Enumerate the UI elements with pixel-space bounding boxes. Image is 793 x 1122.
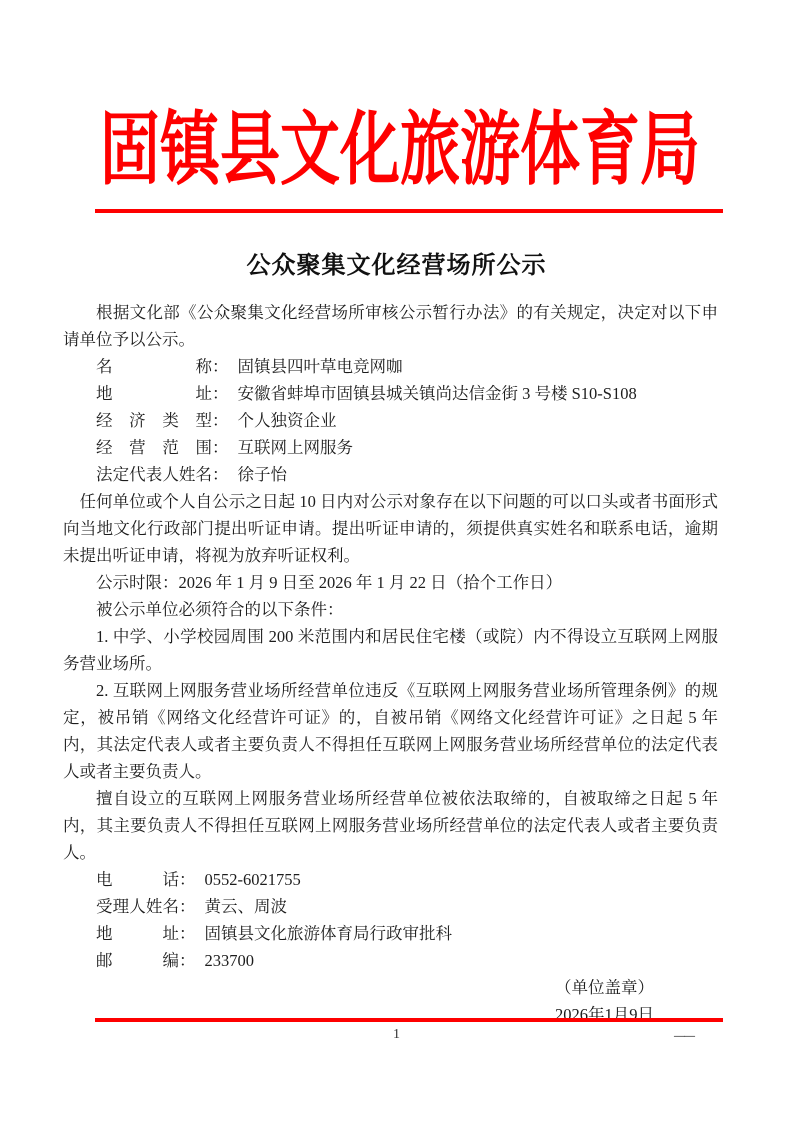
field-value: 固镇县文化旅游体育局行政审批科 xyxy=(205,924,453,943)
margin-dash-mark: —— xyxy=(674,1030,694,1042)
field-label: 名称 xyxy=(96,353,212,380)
field-row-applicant-name: 名称：固镇县四叶草电竞网咖 xyxy=(63,353,718,380)
field-label: 经济类型 xyxy=(96,407,212,434)
paragraph-intro: 根据文化部《公众聚集文化经营场所审核公示暂行办法》的有关规定，决定对以下申请单位… xyxy=(63,299,718,353)
field-value: 固镇县四叶草电竞网咖 xyxy=(238,357,403,376)
field-colon: ： xyxy=(212,357,229,376)
signature-stamp-line: （单位盖章） xyxy=(63,974,654,1001)
paragraph-condition-2: 2. 互联网上网服务营业场所经营单位违反《互联网上网服务营业场所管理条例》的规定… xyxy=(63,677,718,785)
field-value: 黄云、周波 xyxy=(205,897,288,916)
document-title: 公众聚集文化经营场所公示 xyxy=(0,249,793,283)
field-label: 法定代表人姓名 xyxy=(96,461,212,488)
field-value: 互联网上网服务 xyxy=(238,438,354,457)
field-row-postal-code: 邮编：233700 xyxy=(63,947,718,974)
field-row-applicant-address: 地址：安徽省蚌埠市固镇县城关镇尚达信金街 3 号楼 S10-S108 xyxy=(63,380,718,407)
field-value: 徐子怡 xyxy=(238,465,288,484)
field-row-legal-representative: 法定代表人姓名：徐子怡 xyxy=(63,461,718,488)
field-colon: ： xyxy=(179,924,196,943)
signature-date: 2026年1月9日 xyxy=(63,1001,654,1028)
field-colon: ： xyxy=(212,384,229,403)
field-label: 地址 xyxy=(96,380,212,407)
field-label: 电话 xyxy=(96,866,179,893)
field-colon: ： xyxy=(212,465,229,484)
field-value: 0552-6021755 xyxy=(205,870,301,889)
field-label: 邮编 xyxy=(96,947,179,974)
field-colon: ： xyxy=(179,897,196,916)
field-label: 受理人姓名 xyxy=(96,893,179,920)
paragraph-condition-1: 1. 中学、小学校园周围 200 米范围内和居民住宅楼（或院）内不得设立互联网上… xyxy=(63,623,718,677)
field-row-office-address: 地址：固镇县文化旅游体育局行政审批科 xyxy=(63,920,718,947)
field-colon: ： xyxy=(212,438,229,457)
field-colon: ： xyxy=(179,870,196,889)
paragraph-condition-3: 擅自设立的互联网上网服务营业场所经营单位被依法取缔的，自被取缔之日起 5 年内，… xyxy=(63,785,718,866)
field-row-phone: 电话：0552-6021755 xyxy=(63,866,718,893)
agency-name: 固镇县文化旅游体育局 xyxy=(0,102,793,200)
field-row-handler-names: 受理人姓名：黄云、周波 xyxy=(63,893,718,920)
field-row-economic-type: 经济类型：个人独资企业 xyxy=(63,407,718,434)
agency-name-text: 固镇县文化旅游体育局 xyxy=(100,102,700,200)
field-label: 地址 xyxy=(96,920,179,947)
paragraph-publicity-period: 公示时限：2026 年 1 月 9 日至 2026 年 1 月 22 日（拾个工… xyxy=(63,569,718,596)
field-value: 安徽省蚌埠市固镇县城关镇尚达信金街 3 号楼 S10-S108 xyxy=(238,384,637,403)
field-value: 个人独资企业 xyxy=(238,411,337,430)
document-body: 根据文化部《公众聚集文化经营场所审核公示暂行办法》的有关规定，决定对以下申请单位… xyxy=(63,299,718,1028)
letterhead-rule xyxy=(95,209,723,213)
field-colon: ： xyxy=(179,951,196,970)
field-label: 经营范围 xyxy=(96,434,212,461)
document-page: 固镇县文化旅游体育局 公众聚集文化经营场所公示 根据文化部《公众聚集文化经营场所… xyxy=(0,0,793,1122)
paragraph-hearing-notice: 任何单位或个人自公示之日起 10 日内对公示对象存在以下问题的可以口头或者书面形… xyxy=(63,488,718,569)
field-row-business-scope: 经营范围：互联网上网服务 xyxy=(63,434,718,461)
field-colon: ： xyxy=(212,411,229,430)
letterhead: 固镇县文化旅游体育局 xyxy=(0,102,793,213)
field-value: 233700 xyxy=(205,951,255,970)
footer-rule xyxy=(95,1018,723,1022)
paragraph-conditions-intro: 被公示单位必须符合的以下条件： xyxy=(63,596,718,623)
